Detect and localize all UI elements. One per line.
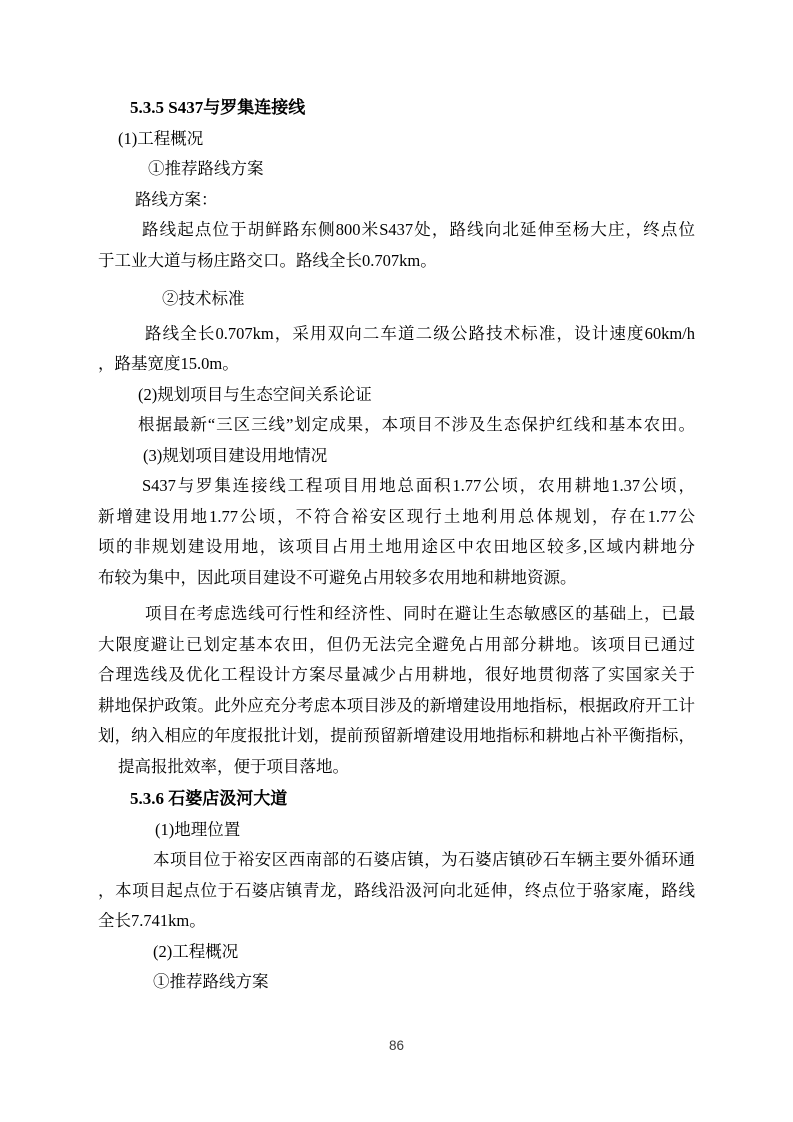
- document-body: 5.3.5 S437与罗集连接线 (1)工程概况 ①推荐路线方案 路线方案： 路…: [98, 93, 695, 998]
- document-page: 5.3.5 S437与罗集连接线 (1)工程概况 ①推荐路线方案 路线方案： 路…: [0, 0, 793, 1122]
- section-heading-5-3-5: 5.3.5 S437与罗集连接线: [98, 93, 695, 124]
- para-farmland-protection-line-3: 合理选线及优化工程设计方案尽量减少占用耕地，很好地贯彻落了实国家关于: [98, 660, 695, 691]
- label-technical-standard: ②技术标准: [98, 284, 695, 315]
- para-farmland-protection-line-5: 划，纳入相应的年度报批计划，提前预留新增建设用地指标和耕地占补平衡指标，: [98, 721, 695, 752]
- para-farmland-protection-line-2: 大限度避让已划定基本农田，但仍无法完全避免占用部分耕地。该项目已通过: [98, 630, 695, 661]
- para-three-zones-three-lines: 根据最新“三区三线”划定成果，本项目不涉及生态保护红线和基本农田。: [98, 410, 695, 441]
- label-recommended-route-1: ①推荐路线方案: [98, 154, 695, 185]
- label-geographic-location: (1)地理位置: [98, 815, 695, 846]
- para-location-line-1: 本项目位于裕安区西南部的石婆店镇，为石婆店镇砂石车辆主要外循环通道: [98, 845, 695, 876]
- label-construction-land-status: (3)规划项目建设用地情况: [98, 441, 695, 472]
- para-tech-standard-line-1: 路线全长0.707km，采用双向二车道二级公路技术标准，设计速度60km/h: [98, 319, 695, 350]
- para-farmland-protection-line-4: 耕地保护政策。此外应充分考虑本项目涉及的新增建设用地指标，根据政府开工计: [98, 691, 695, 722]
- para-farmland-protection-line-1: 项目在考虑选线可行性和经济性、同时在避让生态敏感区的基础上，已最: [98, 599, 695, 630]
- para-land-use-line-4: 布较为集中，因此项目建设不可避免占用较多农用地和耕地资源。: [98, 563, 695, 594]
- para-route-start-line-1: 路线起点位于胡鲜路东侧800米S437处，路线向北延伸至杨大庄，终点位: [98, 215, 695, 246]
- para-location-line-3: 全长7.741km。: [98, 906, 695, 937]
- para-land-use-line-3: 顷的非规划建设用地，该项目占用土地用途区中农田地区较多,区域内耕地分: [98, 532, 695, 563]
- label-ecological-space-relation: (2)规划项目与生态空间关系论证: [98, 380, 695, 411]
- para-land-use-line-2: 新增建设用地1.77公顷，不符合裕安区现行土地利用总体规划，存在1.77公: [98, 502, 695, 533]
- label-project-overview-1: (1)工程概况: [98, 124, 695, 155]
- para-tech-standard-line-2: ，路基宽度15.0m。: [98, 349, 695, 380]
- page-number: 86: [0, 1038, 793, 1053]
- para-route-start-line-2: 于工业大道与杨庄路交口。路线全长0.707km。: [98, 246, 695, 277]
- para-land-use-line-1: S437与罗集连接线工程项目用地总面积1.77公顷，农用耕地1.37公顷，: [98, 471, 695, 502]
- label-route-plan: 路线方案：: [98, 185, 695, 216]
- para-farmland-protection-line-6: 提高报批效率，便于项目落地。: [98, 752, 695, 783]
- section-heading-5-3-6: 5.3.6 石婆店汲河大道: [98, 784, 695, 815]
- label-recommended-route-2: ①推荐路线方案: [98, 967, 695, 998]
- label-project-overview-2: (2)工程概况: [98, 937, 695, 968]
- para-location-line-2: ，本项目起点位于石婆店镇青龙，路线沿汲河向北延伸，终点位于骆家庵，路线: [98, 876, 695, 907]
